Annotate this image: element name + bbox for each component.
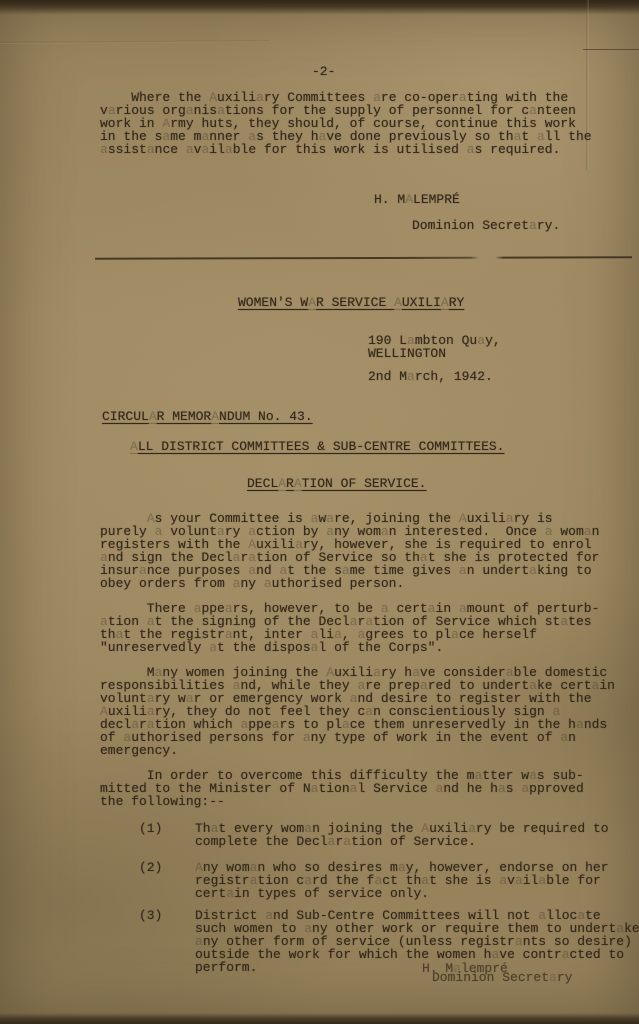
list-item-text: That every woman joining the Auxiliary b…	[195, 822, 609, 848]
list-item-text: Any woman who so desires may, however, e…	[195, 861, 609, 900]
section-divider-rule	[95, 256, 632, 259]
organisation-heading: WOMEN'S WAR SERVICE AUXILIARY	[238, 296, 464, 309]
body-paragraph: As your Committee is aware, joining the …	[100, 512, 599, 590]
memo-subject-heading: DECLARATION OF SERVICE.	[247, 477, 426, 490]
body-paragraph: In order to overcome this difficulty the…	[100, 769, 584, 808]
paper-top-edge-shadow	[0, 0, 639, 15]
top-signature-title: Dominion Secretary.	[412, 219, 560, 232]
top-signature-name: H. MALEMPRÉ	[374, 193, 460, 206]
scanned-document-page: -2- Where the Auxiliary Committees are c…	[0, 0, 639, 1024]
paper-scratch-line	[583, 49, 639, 50]
list-item-number: (1)	[139, 822, 162, 835]
body-paragraph: There appears, however, to be a certain …	[100, 602, 599, 654]
carryover-paragraph: Where the Auxiliary Committees are co-op…	[100, 91, 592, 156]
date-line: 2nd March, 1942.	[368, 370, 493, 383]
body-paragraph: Many women joining the Auxiliary have co…	[100, 666, 615, 757]
memo-reference-heading: CIRCULAR MEMORANDUM No. 43.	[102, 410, 313, 423]
list-item-text: District and Sub-Centre Committees will …	[195, 909, 639, 974]
list-item-number: (2)	[139, 861, 162, 874]
list-item-number: (3)	[139, 909, 162, 922]
memo-addressee-heading: ALL DISTRICT COMMITTEES & SUB-CENTRE COM…	[130, 440, 504, 453]
bottom-signature-title: Dominion Secretary	[432, 971, 572, 984]
address-line-2: WELLINGTON	[368, 347, 446, 360]
page-number: -2-	[312, 65, 335, 78]
paper-crease-horizontal	[0, 40, 270, 44]
paper-bottom-edge-shadow	[0, 1013, 639, 1024]
